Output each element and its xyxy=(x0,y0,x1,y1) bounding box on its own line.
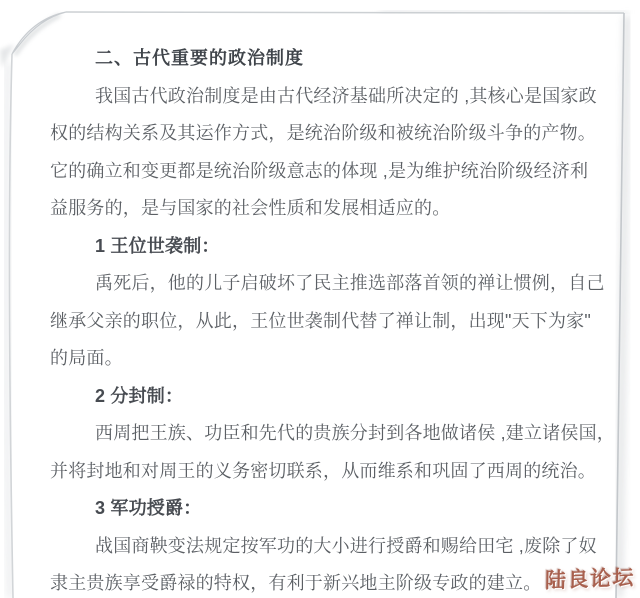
right-edge-shadow xyxy=(619,16,627,598)
paragraph-line: 禹死后，他的儿子启破坏了民主推选部落首领的禅让惯例，自己 xyxy=(50,265,595,303)
right-edge-line xyxy=(616,13,624,598)
watermark-text: 陆良论坛 xyxy=(545,561,635,594)
corner-cast-shadow xyxy=(0,44,14,68)
paragraph-line: 继承父亲的职位，从此，王位世袭制代替了禅让制，出现"天下为家" xyxy=(50,303,595,341)
section-heading: 3 军功授爵： xyxy=(50,490,595,528)
paragraph-line: 并将封地和对周王的义务密切联系，从而维系和巩固了西周的统治。 xyxy=(50,453,595,491)
left-edge-shadow xyxy=(6,62,10,598)
paragraph-line: 我国古代政治制度是由古代经济基础所决定的 ,其核心是国家政 xyxy=(50,78,595,116)
paragraph-line: 战国商鞅变法规定按军功的大小进行授爵和赐给田宅 ,废除了奴 xyxy=(50,528,595,566)
top-edge-line xyxy=(66,12,624,13)
paragraph-line: 西周把王族、功臣和先代的贵族分封到各地做诸侯 ,建立诸侯国， xyxy=(50,415,595,453)
top-edge-shadow xyxy=(380,11,627,13)
paragraph-line: 的局面。 xyxy=(50,340,595,378)
paragraph-line: 权的结构关系及其运作方式，是统治阶级和被统治阶级斗争的产物。 xyxy=(50,115,595,153)
paragraph-line: 它的确立和变更都是统治阶级意志的体现 ,是为维护统治阶级经济利 xyxy=(50,153,595,191)
left-edge-line xyxy=(10,54,14,598)
paragraph-line: 隶主贵族享受爵禄的特权，有利于新兴地主阶级专政的建立。 xyxy=(50,565,595,598)
paragraph-line: 益服务的，是与国家的社会性质和发展相适应的。 xyxy=(50,190,595,228)
section-heading: 2 分封制： xyxy=(50,378,595,416)
document-content: 二、古代重要的政治制度 我国古代政治制度是由古代经济基础所决定的 ,其核心是国家… xyxy=(50,40,595,598)
document-page: 二、古代重要的政治制度 我国古代政治制度是由古代经济基础所决定的 ,其核心是国家… xyxy=(0,0,640,598)
document-title: 二、古代重要的政治制度 xyxy=(50,40,595,78)
section-heading: 1 王位世袭制： xyxy=(50,228,595,266)
